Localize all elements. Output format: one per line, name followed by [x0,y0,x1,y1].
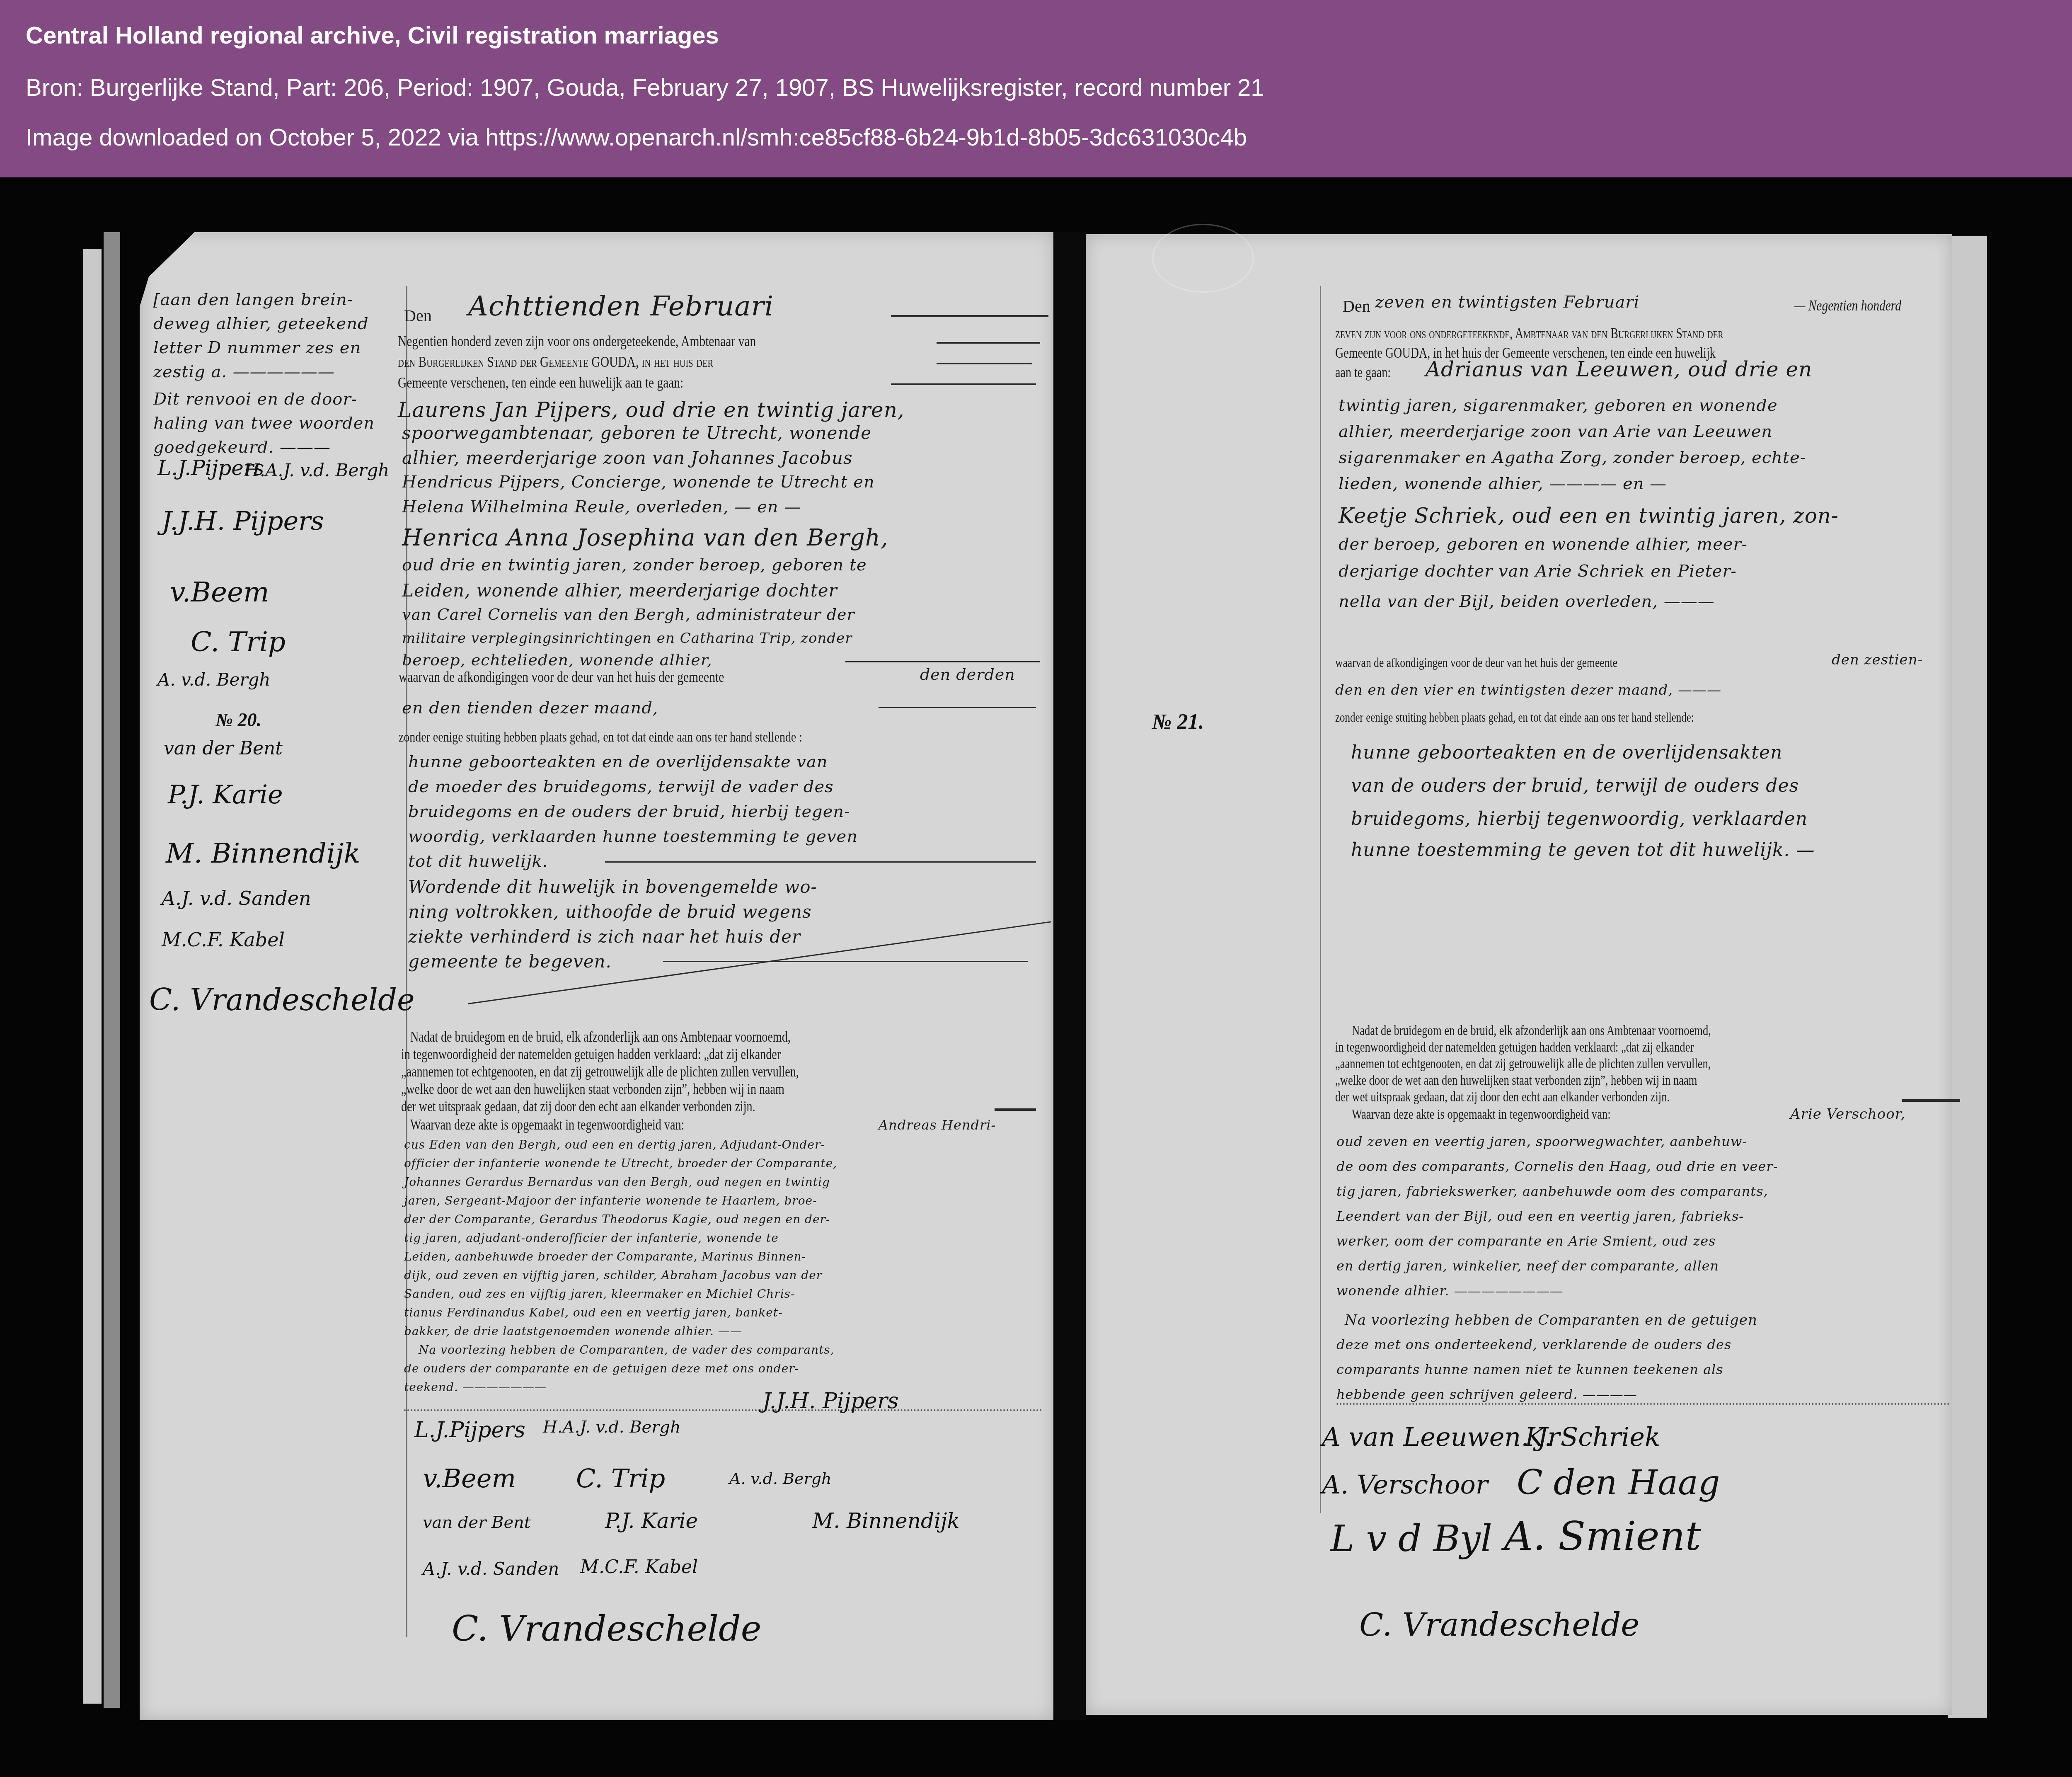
publication-dates: den derden [920,665,1015,684]
declaration-line: in tegenwoordigheid der natemelden getui… [1335,1040,1694,1055]
groom-details: alhier, meerderjarige zoon van Arie van … [1339,422,1772,441]
signature: C. Trip [576,1463,665,1493]
signature-witness: A. Verschoor [1322,1469,1488,1500]
bride-details: der beroep, geboren en wonende alhier, m… [1339,535,1748,554]
margin-note-line: deweg alhier, geteekend [153,314,369,333]
bride-details: Keetje Schriek, oud een en twintig jaren… [1339,504,1839,528]
fill-rule [845,661,1040,662]
signature: A. v.d. Bergh [157,669,270,690]
printed-year: — Negentien honderd [1794,297,1901,314]
margin-note-line: [aan den langen brein- [153,290,353,309]
signature: v.Beem [170,576,269,608]
printed-no-objection: zonder eenige stuiting hebben plaats geh… [399,730,802,745]
archive-header: Central Holland regional archive, Civil … [0,0,2072,177]
bride-details: van Carel Cornelis van den Bergh, admini… [402,605,855,623]
bride-details: nella van der Bijl, beiden overleden, ——… [1339,592,1715,611]
underlying-sheet-left-2 [104,232,120,1708]
right-margin-divider [1320,286,1321,1513]
home-wedding-note: ziekte verhinderd is zich naar het huis … [408,926,801,947]
record-number: № 21. [1152,710,1204,734]
documents-text: tot dit huwelijk. [408,852,548,871]
margin-note-line: letter D nummer zes en [153,338,361,357]
printed-publications: waarvan de afkondigingen voor de deur va… [1335,655,1617,670]
witness-text: Leiden, aanbehuwde broeder der Comparant… [404,1250,806,1263]
witness-text: Leendert van der Bijl, oud een en veerti… [1336,1208,1744,1224]
printed-line: Gemeente verschenen, ten einde een huwel… [398,374,683,391]
witness-text: werker, oom der comparante en Arie Smien… [1336,1233,1716,1249]
documents-text: bruidegoms en de ouders der bruid, hierb… [408,802,850,821]
fill-rule [937,342,1040,344]
witness-text: Johannes Gerardus Bernardus van den Berg… [404,1175,830,1189]
signature-witness: A. Smient [1504,1513,1701,1559]
download-note: Image downloaded on October 5, 2022 via … [26,124,1247,151]
witness-text: oud zeven en veertig jaren, spoorwegwach… [1336,1134,1747,1149]
documents-text: hunne geboorteakten en de overlijdensakt… [408,752,828,771]
signature: M. Binnendijk [166,837,361,869]
bride-details: Leiden, wonende alhier, meerderjarige do… [402,580,838,601]
signature: A. v.d. Bergh [729,1469,832,1488]
witness-text: de oom des comparants, Cornelis den Haag… [1336,1159,1778,1174]
witness-text: officier der infanterie wonende te Utrec… [404,1156,837,1170]
source-citation: Bron: Burgerlijke Stand, Part: 206, Peri… [26,74,1264,102]
fill-rule [663,961,1028,962]
bride-details: derjarige dochter van Arie Schriek en Pi… [1339,562,1737,581]
documents-text: hunne toestemming te geven tot dit huwel… [1351,839,1815,861]
signature: P.J. Karie [168,779,283,810]
witness-text: bakker, de drie laatstgenoemden wonende … [404,1324,742,1338]
fill-rule [891,315,1048,317]
publication-dates: den en den vier en twintigsten dezer maa… [1335,682,1721,698]
bride-details: Henrica Anna Josephina van den Bergh, [402,524,888,551]
witness-text: cus Eden van den Bergh, oud een en derti… [404,1138,825,1152]
home-wedding-note: ning voltrokken, uithoofde de bruid wege… [408,902,812,922]
underlying-sheet-right [1948,236,1987,1718]
documents-text: van de ouders der bruid, terwijl de oude… [1351,775,1799,796]
margin-note-line: Dit renvooi en de door- [153,390,357,409]
witness-text: tianus Ferdinandus Kabel, oud een en vee… [404,1306,783,1319]
signature: C. Vrandeschelde [149,982,415,1017]
signature: C. Trip [191,626,286,658]
witness-text: en dertig jaren, winkelier, neef der com… [1336,1258,1719,1274]
witness-text: jaren, Sergeant-Majoor der infanterie wo… [404,1194,817,1207]
declaration-line: Nadat de bruidegom en de bruid, elk afzo… [1352,1023,1711,1039]
groom-details: Adrianus van Leeuwen, oud drie en [1426,357,1812,381]
margin-note-line: goedgekeurd. ——— [153,438,331,457]
signature-separator [1336,1403,1950,1405]
documents-text: hunne geboorteakten en de overlijdensakt… [1351,742,1782,763]
fill-rule [879,707,1036,708]
signature: van der Bent [164,738,283,759]
printed-den: Den [404,306,432,325]
signature-witness: L v d Byl [1330,1517,1492,1560]
home-wedding-note: gemeente te begeven. [408,951,612,972]
signature-groom: A van Leeuwen. Jr [1322,1422,1560,1452]
publication-dates: en den tienden dezer maand, [402,698,658,718]
signature-witness: C den Haag [1517,1463,1720,1503]
margin-note-line: haling van twee woorden [153,414,375,433]
reading-note: Na voorlezing hebben de Comparanten, de … [419,1343,834,1357]
signature-registrar: C. Vrandeschelde [1359,1606,1639,1643]
witness-text: tig jaren, adjudant-onderofficier der in… [404,1231,779,1245]
signature: J.J.H. Pijpers [162,506,324,536]
printed-no-objection: zonder eenige stuiting hebben plaats geh… [1335,710,1694,725]
groom-details: Laurens Jan Pijpers, oud drie en twintig… [398,398,905,422]
groom-details: twintig jaren, sigarenmaker, geboren en … [1339,396,1778,415]
archive-title: Central Holland regional archive, Civil … [26,22,719,49]
witness-text: Arie Verschoor, [1790,1106,1905,1122]
printed-line: Negentien honderd zeven zijn voor ons on… [398,332,756,350]
publication-dates: den zestien- [1832,652,1923,668]
fill-rule [937,363,1032,364]
margin-note-line: zestig a. —————— [153,362,335,381]
groom-details: alhier, meerderjarige zoon van Johannes … [402,448,853,468]
witness-text: der der Comparante, Gerardus Theodorus K… [404,1212,830,1226]
fill-rule [605,861,1036,863]
previous-record-number: № 20. [215,709,261,731]
printed-line: aan te gaan: [1335,364,1391,381]
declaration-line: „aannemen tot echtgenooten, en dat zij g… [401,1063,799,1080]
reading-note: hebbende geen schrijven geleerd. ———— [1336,1387,1637,1402]
documents-text: bruidegoms, hierbij tegenwoordig, verkla… [1351,808,1808,829]
signature: H.A.J. v.d. Bergh [244,460,389,480]
fill-rule [1902,1099,1960,1102]
signature: P.J. Karie [605,1509,698,1533]
groom-details: sigarenmaker en Agatha Zorg, zonder bero… [1339,448,1806,467]
reading-note: Na voorlezing hebben de Comparanten en d… [1345,1312,1757,1329]
documents-text: de moeder des bruidegoms, terwijl de vad… [408,777,834,796]
handwritten-date: Achttienden Februari [468,290,774,322]
signature: M.C.F. Kabel [162,929,285,951]
signature-registrar: C. Vrandeschelde [452,1608,761,1649]
home-wedding-note: Wordende dit huwelijk in bovengemelde wo… [408,877,817,897]
reading-note: de ouders der comparante en de getuigen … [404,1362,799,1375]
declaration-line: Nadat de bruidegom en de bruid, elk afzo… [410,1028,791,1045]
signature-groom-father: J.J.H. Pijpers [762,1389,898,1413]
groom-details: spoorwegambtenaar, geboren te Utrecht, w… [402,423,871,443]
book-gutter [1053,232,1086,1720]
declaration-line: „aannemen tot echtgenooten, en dat zij g… [1335,1056,1711,1072]
signature: v.Beem [423,1463,516,1493]
declaration-line: „welke door de wet aan den huwelijken st… [401,1080,784,1098]
declaration-line: „welke door de wet aan den huwelijken st… [1335,1073,1697,1089]
witness-text: tig jaren, fabriekswerker, aanbehuwde oo… [1336,1183,1768,1199]
bride-details: oud drie en twintig jaren, zonder beroep… [402,555,867,575]
handwritten-date: zeven en twintigsten Februari [1375,293,1639,312]
reading-note: comparants hunne namen niet te kunnen te… [1336,1362,1723,1377]
printed-line: den Burgerlijken Stand der Gemeente GOUD… [398,353,713,371]
declaration-line: der wet uitspraak gedaan, dat zij door d… [1335,1089,1670,1105]
signature: A.J. v.d. Sanden [423,1559,559,1579]
signature: H.A.J. v.d. Bergh [543,1418,681,1437]
embossed-seal [1152,224,1254,293]
documents-text: woordig, verklaarden hunne toestemming t… [408,827,858,846]
bride-details: militaire verplegingsinrichtingen en Cat… [402,630,852,647]
witness-text: wonende alhier. ———————— [1336,1283,1564,1299]
declaration-line: in tegenwoordigheid der natemelden getui… [401,1045,781,1063]
fill-rule [891,383,1036,385]
witness-text: Sanden, oud zes en vijftig jaren, kleerm… [404,1287,795,1301]
underlying-sheet-left [83,249,102,1704]
declaration-line: der wet uitspraak gedaan, dat zij door d… [401,1098,755,1115]
witnesses-prefix: Waarvan deze akte is opgemaakt in tegenw… [410,1116,684,1133]
witnesses-prefix: Waarvan deze akte is opgemaakt in tegenw… [1352,1107,1611,1122]
printed-publications: waarvan de afkondigingen voor de deur va… [399,668,724,686]
groom-details: Helena Wilhelmina Reule, overleden, — en… [402,497,801,516]
fill-rule [995,1108,1036,1111]
witness-text: dijk, oud zeven en vijftig jaren, schild… [404,1268,822,1282]
signature: A.J. v.d. Sanden [162,887,311,909]
signature: L.J.Pijpers [414,1418,525,1442]
signature: M.C.F. Kabel [580,1556,698,1578]
witness-text: Andreas Hendri- [879,1117,996,1133]
groom-details: lieden, wonende alhier, ———— en — [1339,474,1667,493]
bride-details: beroep, echtelieden, wonende alhier, [402,651,712,669]
reading-note: deze met ons onderteekend, verklarende d… [1336,1337,1731,1353]
printed-line: zeven zijn voor ons ondergeteekende, Amb… [1335,325,1723,342]
signature-bride: K. Schriek [1525,1422,1661,1452]
signature-separator [404,1409,1042,1411]
groom-details: Hendricus Pijpers, Concierge, wonende te… [402,473,875,492]
printed-den: Den [1343,296,1370,316]
signature: M. Binnendijk [812,1509,960,1533]
signature: van der Bent [423,1513,531,1532]
reading-note: teekend. ——————— [404,1380,547,1394]
